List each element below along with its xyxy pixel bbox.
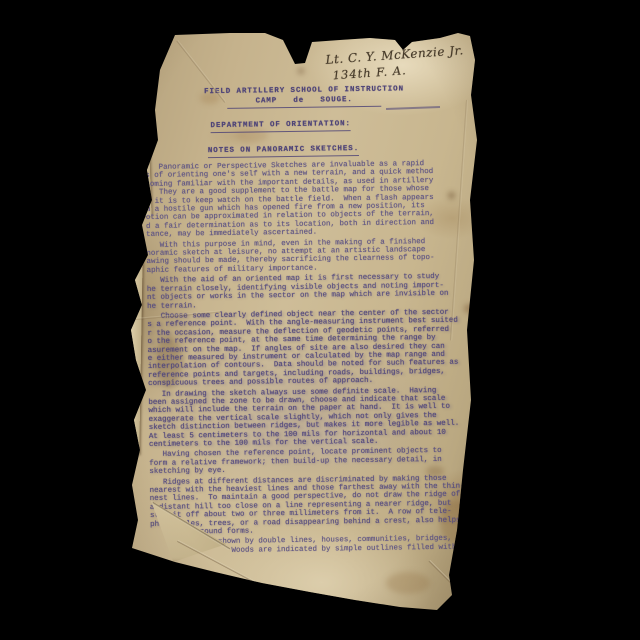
typed-paragraph: Choose some clearly defined object near … <box>147 308 468 388</box>
paper-stain <box>386 572 430 594</box>
department-line: DEPARTMENT OF ORIENTATION: <box>210 118 464 134</box>
paper-stain <box>298 68 304 74</box>
typed-paragraph: In drawing the sketch always use some de… <box>148 386 469 449</box>
document-title: NOTES ON PANORAMIC SKETCHES. <box>208 143 465 159</box>
handwritten-note: Lt. C. Y. McKenzie Jr. 134th F. A. <box>325 43 465 83</box>
typed-paragraph: With the aid of an oriented map it is fi… <box>147 273 467 311</box>
photo-background: Lt. C. Y. McKenzie Jr. 134th F. A. FIELD… <box>0 0 640 640</box>
document-paper: Lt. C. Y. McKenzie Jr. 134th F. A. FIELD… <box>128 30 480 618</box>
typed-paragraph: With this purpose in mind, even in the m… <box>146 237 466 275</box>
typed-paragraph: Having chosen the reference point, locat… <box>149 447 469 477</box>
crease-line <box>429 560 471 602</box>
typed-content: FIELD ARTILLERY SCHOOL OF INSTRUCTION CA… <box>144 84 471 557</box>
torn-edge-curl-left <box>126 245 143 455</box>
typed-paragraph: Panoramic or Perspective Sketches are in… <box>145 160 466 240</box>
